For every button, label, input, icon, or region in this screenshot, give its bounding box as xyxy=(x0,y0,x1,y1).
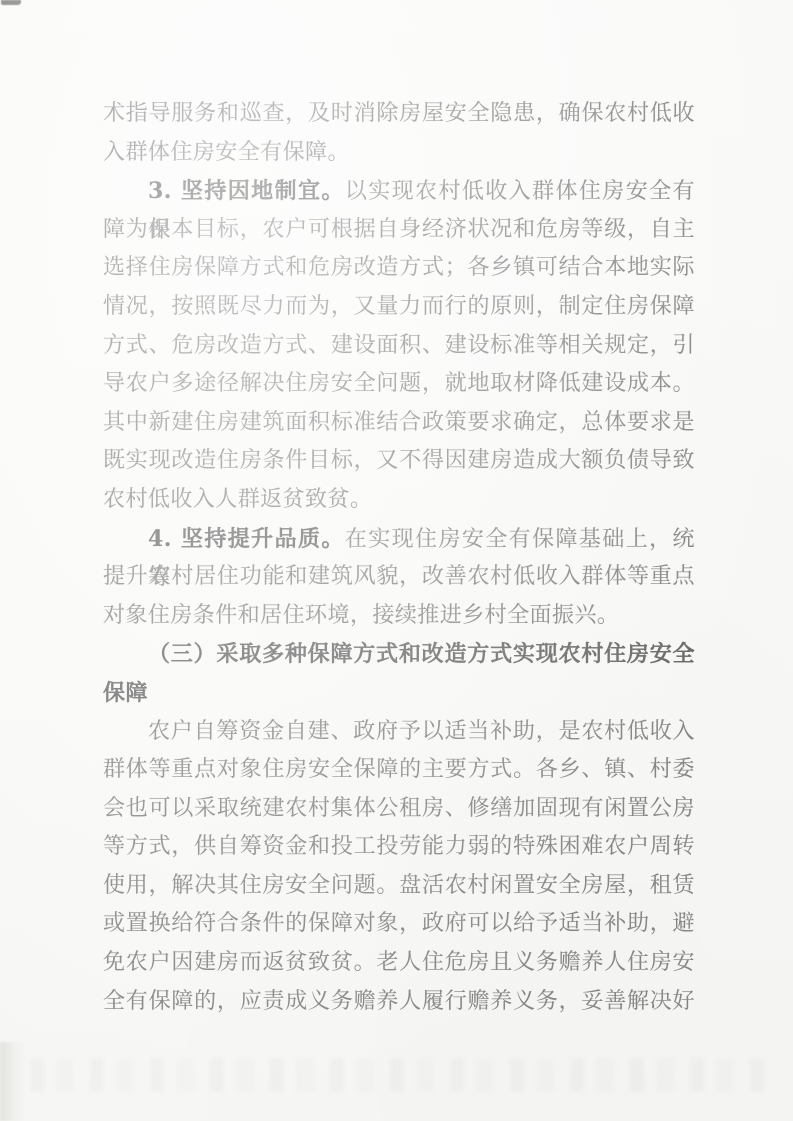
text-run: 等方式，供自筹资金和投工投劳能力弱的特殊困难农户周转 xyxy=(103,834,695,859)
text-line: （三）采取多种保障方式和改造方式实现农村住房安全 xyxy=(103,635,695,674)
bold-text-run: 保障 xyxy=(103,680,148,706)
text-run: 群体等重点对象住房安全保障的主要方式。各乡、镇、村委 xyxy=(103,757,695,782)
text-line: 会也可以采取统建农村集体公租房、修缮加固现有闲置公房 xyxy=(103,790,695,829)
text-line: 术指导服务和巡查，及时消除房屋安全隐患，确保农村低收 xyxy=(103,95,695,134)
text-line: 障为根本目标，农户可根据自身经济状况和危房等级，自主 xyxy=(103,211,695,250)
text-line: 使用，解决其住房安全问题。盘活农村闲置安全房屋，租赁 xyxy=(103,867,695,906)
scanned-document-page: 术指导服务和巡查，及时消除房屋安全隐患，确保农村低收入群体住房安全有保障。3. … xyxy=(0,0,793,1121)
text-run: 农户自筹资金自建、政府予以适当补助，是农村低收入 xyxy=(148,719,695,744)
text-run: 或置换给符合条件的保障对象，政府可以给予适当补助，避 xyxy=(103,911,695,936)
text-run: 障为根本目标，农户可根据自身经济状况和危房等级，自主 xyxy=(103,217,695,242)
text-line: 其中新建住房建筑面积标准结合政策要求确定，总体要求是 xyxy=(103,404,695,443)
text-line: 对象住房条件和居住环境，接续推进乡村全面振兴。 xyxy=(103,597,695,636)
text-line: 或置换给符合条件的保障对象，政府可以给予适当补助，避 xyxy=(103,905,695,944)
text-line: 保障 xyxy=(103,674,695,713)
text-run: 情况，按照既尽力而为，又量力而行的原则，制定住房保障 xyxy=(103,294,695,319)
text-line: 群体等重点对象住房安全保障的主要方式。各乡、镇、村委 xyxy=(103,751,695,790)
text-line: 3. 坚持因地制宜。以实现农村低收入群体住房安全有保 xyxy=(103,172,695,211)
text-line: 方式、危房改造方式、建设面积、建设标准等相关规定，引 xyxy=(103,327,695,366)
text-run: 对象住房条件和居住环境，接续推进乡村全面振兴。 xyxy=(103,603,619,628)
text-line: 入群体住房安全有保障。 xyxy=(103,134,695,173)
text-line: 导农户多途径解决住房安全问题，就地取材降低建设成本。 xyxy=(103,365,695,404)
text-run: 选择住房保障方式和危房改造方式；各乡镇可结合本地实际 xyxy=(103,255,695,280)
bold-text-run: 3. 坚持因地制宜。 xyxy=(148,178,345,204)
scan-artifact-top-left xyxy=(1,0,21,5)
document-text-block: 术指导服务和巡查，及时消除房屋安全隐患，确保农村低收入群体住房安全有保障。3. … xyxy=(103,95,695,1021)
text-line: 4. 坚持提升品质。在实现住房安全有保障基础上，统筹 xyxy=(103,520,695,559)
text-run: 导农户多途径解决住房安全问题，就地取材降低建设成本。 xyxy=(103,371,695,396)
text-line: 选择住房保障方式和危房改造方式；各乡镇可结合本地实际 xyxy=(103,249,695,288)
text-run: 免农户因建房而返贫致贫。老人住危房且义务赡养人住房安 xyxy=(103,950,695,975)
text-run: 全有保障的，应责成义务赡养人履行赡养义务，妥善解决好 xyxy=(103,989,695,1014)
text-run: 使用，解决其住房安全问题。盘活农村闲置安全房屋，租赁 xyxy=(103,873,695,898)
text-line: 情况，按照既尽力而为，又量力而行的原则，制定住房保障 xyxy=(103,288,695,327)
text-run: 入群体住房安全有保障。 xyxy=(103,140,350,165)
bold-text-run: 4. 坚持提升品质。 xyxy=(148,526,345,552)
text-line: 免农户因建房而返贫致贫。老人住危房且义务赡养人住房安 xyxy=(103,944,695,983)
text-line: 既实现改造住房条件目标，又不得因建房造成大额负债导致 xyxy=(103,442,695,481)
text-run: 会也可以采取统建农村集体公租房、修缮加固现有闲置公房 xyxy=(103,796,695,821)
text-line: 农户自筹资金自建、政府予以适当补助，是农村低收入 xyxy=(103,713,695,752)
text-line: 农村低收入人群返贫致贫。 xyxy=(103,481,695,520)
scan-shade-bottom-left xyxy=(0,1042,26,1121)
text-run: 农村低收入人群返贫致贫。 xyxy=(103,487,372,512)
bold-text-run: （三）采取多种保障方式和改造方式实现农村住房安全 xyxy=(148,641,695,667)
text-run: 既实现改造住房条件目标，又不得因建房造成大额负债导致 xyxy=(103,448,695,473)
text-run: 其中新建住房建筑面积标准结合政策要求确定，总体要求是 xyxy=(103,410,695,435)
text-run: 提升农村居住功能和建筑风貌，改善农村低收入群体等重点 xyxy=(103,564,695,589)
text-run: 方式、危房改造方式、建设面积、建设标准等相关规定，引 xyxy=(103,333,695,358)
text-line: 全有保障的，应责成义务赡养人履行赡养义务，妥善解决好 xyxy=(103,983,695,1022)
page-bleedthrough-smudge xyxy=(30,1058,770,1092)
text-run: 术指导服务和巡查，及时消除房屋安全隐患，确保农村低收 xyxy=(103,101,695,126)
text-line: 提升农村居住功能和建筑风貌，改善农村低收入群体等重点 xyxy=(103,558,695,597)
text-line: 等方式，供自筹资金和投工投劳能力弱的特殊困难农户周转 xyxy=(103,828,695,867)
